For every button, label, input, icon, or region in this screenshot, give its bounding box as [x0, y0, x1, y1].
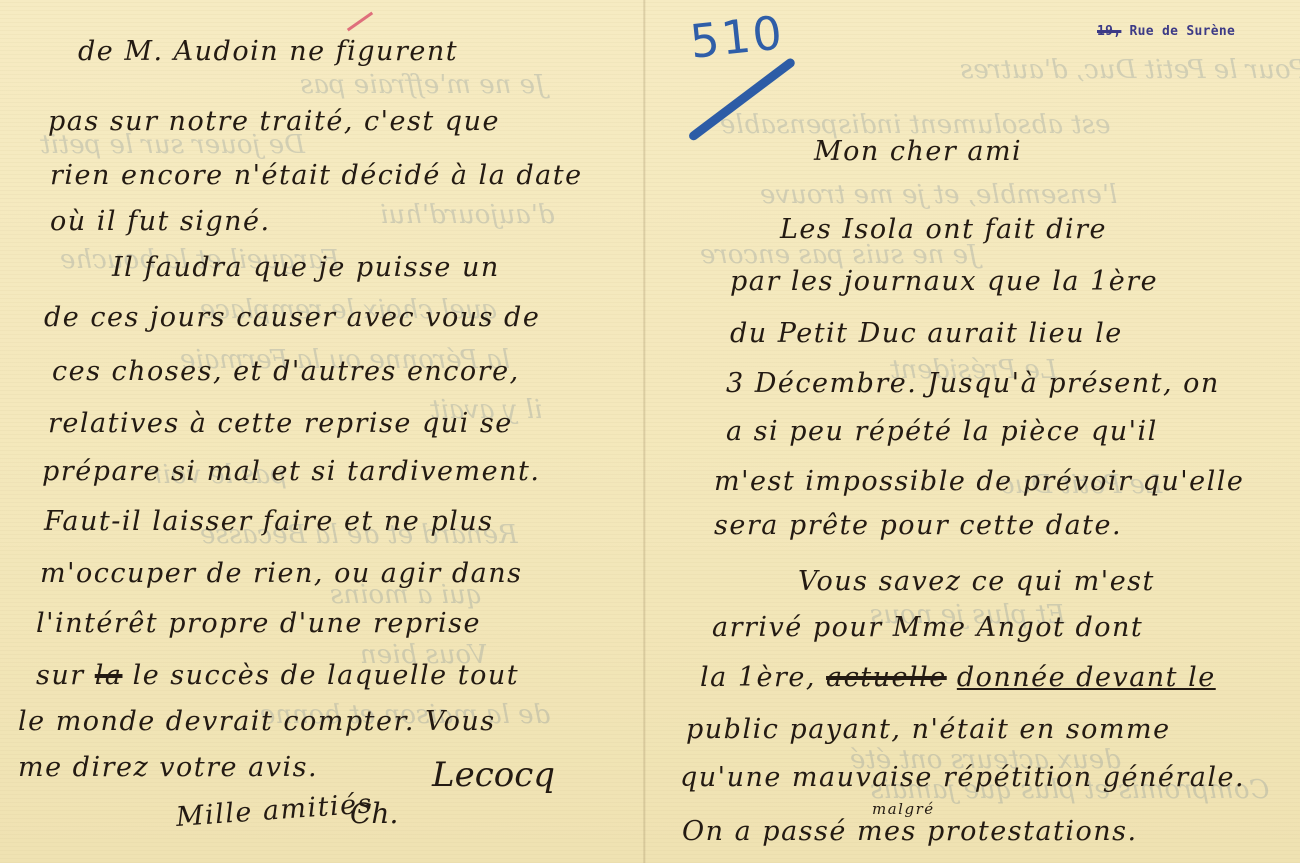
text-line: de ces jours causer avec vous de: [44, 302, 540, 333]
text-line: Les Isola ont fait dire: [780, 214, 1107, 245]
text-line: On a passé malgré mes protestations.: [682, 816, 1138, 847]
text-line: prépare si mal et si tardivement.: [42, 456, 540, 487]
text-line: 3 Décembre. Jusqu'à présent, on: [726, 368, 1220, 399]
text-line: sur la le succès de laquelle tout: [36, 660, 519, 691]
signature-initial: Ch.: [350, 797, 398, 830]
text-line: public payant, n'était en somme: [686, 714, 1171, 745]
text-line: arrivé pour Mme Angot dont: [712, 612, 1143, 643]
text-line: ces choses, et d'autres encore,: [52, 356, 520, 387]
signature-name: Lecocq: [432, 755, 555, 795]
salutation: Mon cher ami: [814, 136, 1022, 167]
text-line: a si peu répété la pièce qu'il: [726, 416, 1158, 447]
letter-sheet: 19, Rue de Surène 510 Je ne m'effraie pa…: [0, 0, 1300, 863]
text-line: relatives à cette reprise qui se: [48, 408, 513, 439]
text-line: l'intérêt propre d'une reprise: [36, 608, 481, 639]
left-page: de M. Audoin ne figurent pas sur notre t…: [0, 0, 643, 863]
right-page: Mon cher ami Les Isola ont fait dire par…: [646, 0, 1300, 863]
closing: Mille amitiés: [175, 788, 374, 833]
text-line: par les journaux que la 1ère: [730, 266, 1158, 297]
text-word: sur: [36, 660, 85, 691]
text-line: me direz votre avis.: [18, 752, 318, 783]
text-line: m'est impossible de prévoir qu'elle: [714, 466, 1244, 497]
text-word: la 1ère,: [700, 662, 816, 693]
text-line: Il faudra que je puisse un: [112, 252, 500, 283]
text-line: qu'une mauvaise répétition générale.: [680, 762, 1245, 793]
insertion-above: malgré: [872, 800, 935, 818]
text-line: du Petit Duc aurait lieu le: [730, 318, 1123, 349]
text-line: le monde devrait compter. Vous: [18, 706, 496, 737]
text-line: la 1ère, actuelle donnée devant le: [700, 662, 1216, 693]
text-word: donnée devant le: [957, 662, 1216, 693]
text-line: m'occuper de rien, ou agir dans: [40, 558, 522, 589]
text-line: rien encore n'était décidé à la date: [50, 160, 583, 191]
struck-word: actuelle: [826, 662, 947, 693]
text-line: où il fut signé.: [50, 206, 271, 237]
text-word: On a passé: [682, 816, 847, 847]
text-line: sera prête pour cette date.: [714, 510, 1122, 541]
text-word: mes protestations.: [857, 816, 1138, 847]
text-line: pas sur notre traité, c'est que: [48, 106, 500, 137]
text-line: Vous savez ce qui m'est: [798, 566, 1155, 597]
text-line: de M. Audoin ne figurent: [78, 36, 458, 67]
text-word: le succès de laquelle tout: [133, 660, 520, 691]
struck-word: la: [95, 660, 123, 691]
text-line: Faut-il laisser faire et ne plus: [44, 506, 493, 537]
